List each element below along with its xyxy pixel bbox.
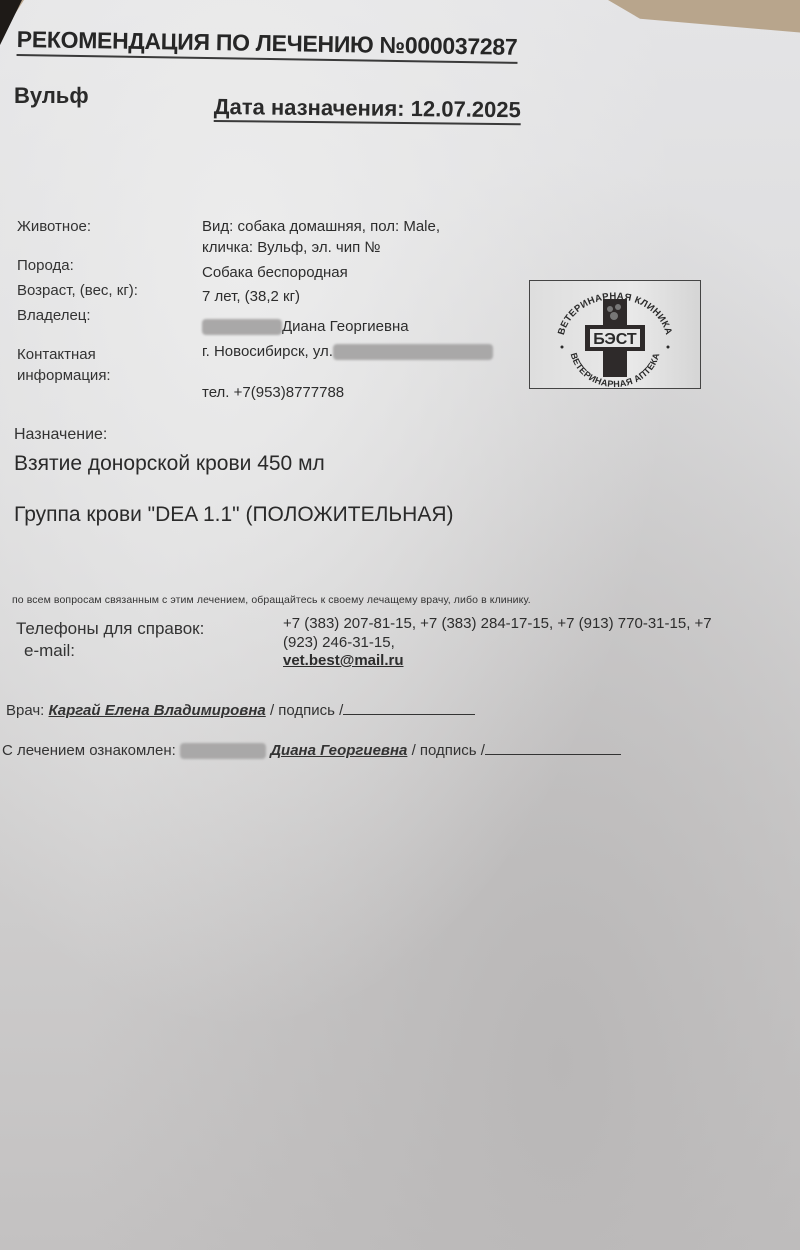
appointment-date: Дата назначения: 12.07.2025 xyxy=(214,94,521,125)
clinic-email-link[interactable]: vet.best@mail.ru xyxy=(283,652,404,669)
doctor-label: Врач: xyxy=(6,702,44,719)
contact-label: Контактная информация: xyxy=(17,344,111,386)
address-value: г. Новосибирск, ул. xyxy=(202,341,493,362)
owner-value: Диана Георгиевна xyxy=(202,316,409,337)
date-value: 12.07.2025 xyxy=(411,96,521,122)
owner-signature-name: Диана Георгиевна xyxy=(270,742,407,759)
contact-label-line1: Контактная xyxy=(17,344,111,365)
animal-name-chip: кличка: Вульф, эл. чип № xyxy=(202,237,440,258)
redacted-address xyxy=(333,344,493,360)
age-value: 7 лет, (38,2 кг) xyxy=(202,286,300,307)
breed-value: Собака беспородная xyxy=(202,262,348,283)
clinic-logo: ВЕТЕРИНАРНАЯ КЛИНИКА ВЕТЕРИНАРНАЯ АПТЕКА… xyxy=(529,280,701,389)
phones-line1: +7 (383) 207-81-15, +7 (383) 284-17-15, … xyxy=(283,614,793,633)
acknowledged-label: С лечением ознакомлен: xyxy=(2,742,176,759)
clinic-phones: +7 (383) 207-81-15, +7 (383) 284-17-15, … xyxy=(283,614,793,652)
doctor-signature-row: Врач: Каргай Елена Владимировна / подпис… xyxy=(6,702,475,719)
animal-label: Животное: xyxy=(17,218,91,235)
animal-value: Вид: собака домашняя, пол: Male, кличка:… xyxy=(202,216,440,258)
prescription-label: Назначение: xyxy=(14,426,107,444)
owner-signature-line xyxy=(485,742,621,755)
pet-name-heading: Вульф xyxy=(14,83,89,109)
date-label: Дата назначения: xyxy=(214,94,405,121)
owner-signature-row: С лечением ознакомлен: Диана Георгиевна … xyxy=(2,742,621,759)
owner-first-names: Диана Георгиевна xyxy=(282,318,409,335)
svg-text:БЭСТ: БЭСТ xyxy=(593,331,637,348)
redacted-surname xyxy=(202,319,282,335)
age-label: Возраст, (вес, кг): xyxy=(17,282,138,299)
animal-species: Вид: собака домашняя, пол: Male, xyxy=(202,216,440,237)
phones-label: Телефоны для справок: xyxy=(16,619,204,639)
clinic-logo-icon: ВЕТЕРИНАРНАЯ КЛИНИКА ВЕТЕРИНАРНАЯ АПТЕКА… xyxy=(530,281,700,388)
contact-note: по всем вопросам связанным с этим лечени… xyxy=(12,594,531,606)
breed-label: Порода: xyxy=(17,257,74,274)
owner-label: Владелец: xyxy=(17,307,91,324)
doctor-signature-line xyxy=(343,702,475,715)
contact-label-line2: информация: xyxy=(17,365,111,386)
address-text: г. Новосибирск, ул. xyxy=(202,343,333,360)
phones-line2: (923) 246-31-15, xyxy=(283,633,793,652)
owner-signature-label: / подпись / xyxy=(412,742,485,759)
doctor-name: Каргай Елена Владимировна xyxy=(49,702,266,719)
blood-group: Группа крови "DEA 1.1" (ПОЛОЖИТЕЛЬНАЯ) xyxy=(14,503,454,527)
email-label: e-mail: xyxy=(24,641,75,661)
redacted-owner-surname xyxy=(180,743,266,759)
prescription-procedure: Взятие донорской крови 450 мл xyxy=(14,452,325,476)
doctor-signature-label: / подпись / xyxy=(270,702,343,719)
owner-phone: тел. +7(953)8777788 xyxy=(202,382,344,403)
